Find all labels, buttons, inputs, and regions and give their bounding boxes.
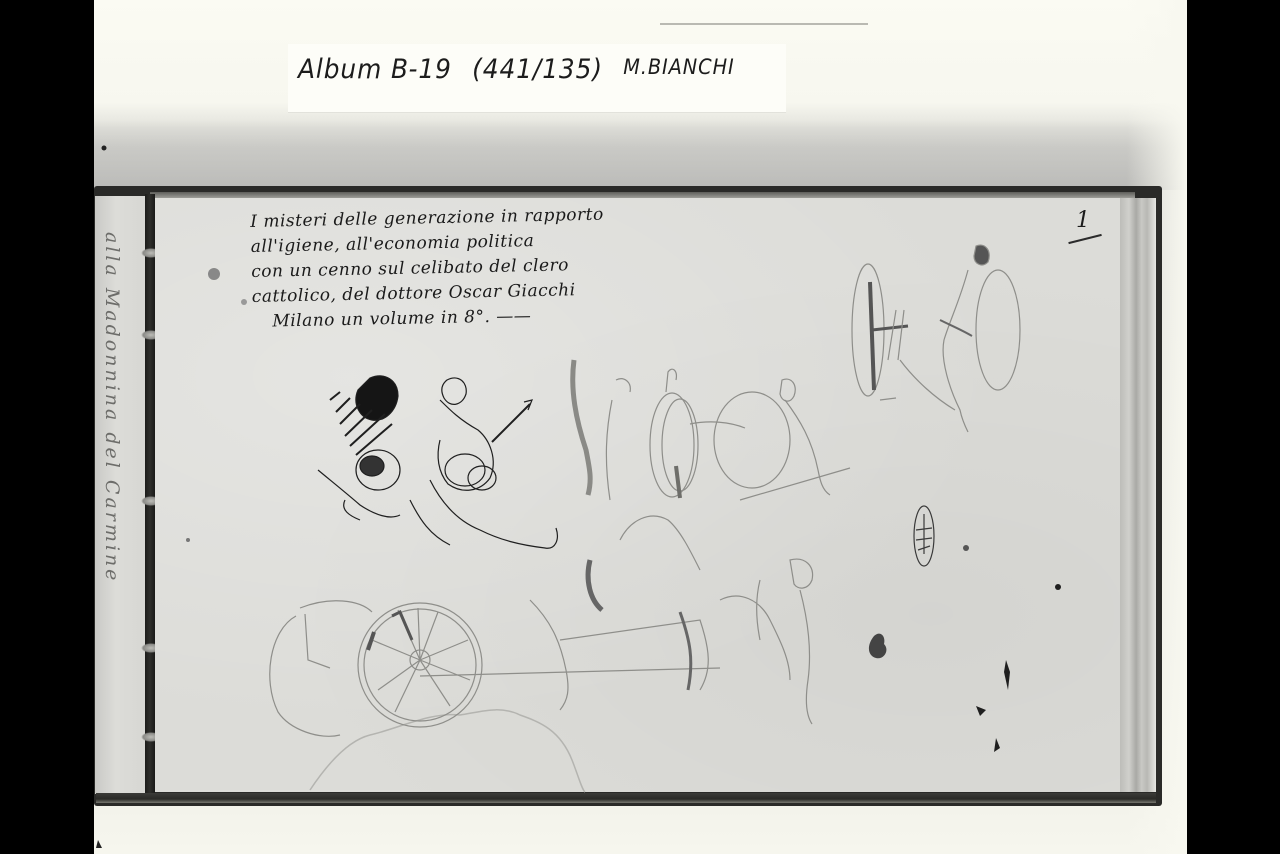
- soldiers-with-shield-pencil-sketch: [852, 245, 1020, 432]
- two-seated-figures-ink-sketch: [318, 376, 557, 548]
- soldiers-with-shields-pencil-sketch: [573, 360, 850, 500]
- backdrop-marks: [96, 146, 107, 849]
- small-shield-ink-mark: [914, 506, 934, 566]
- ink-spots: [186, 268, 1061, 752]
- sketches-layer: [0, 0, 1280, 854]
- water-stain: [310, 710, 585, 792]
- cannon-carriage-and-horse-pencil-sketch: [270, 516, 813, 736]
